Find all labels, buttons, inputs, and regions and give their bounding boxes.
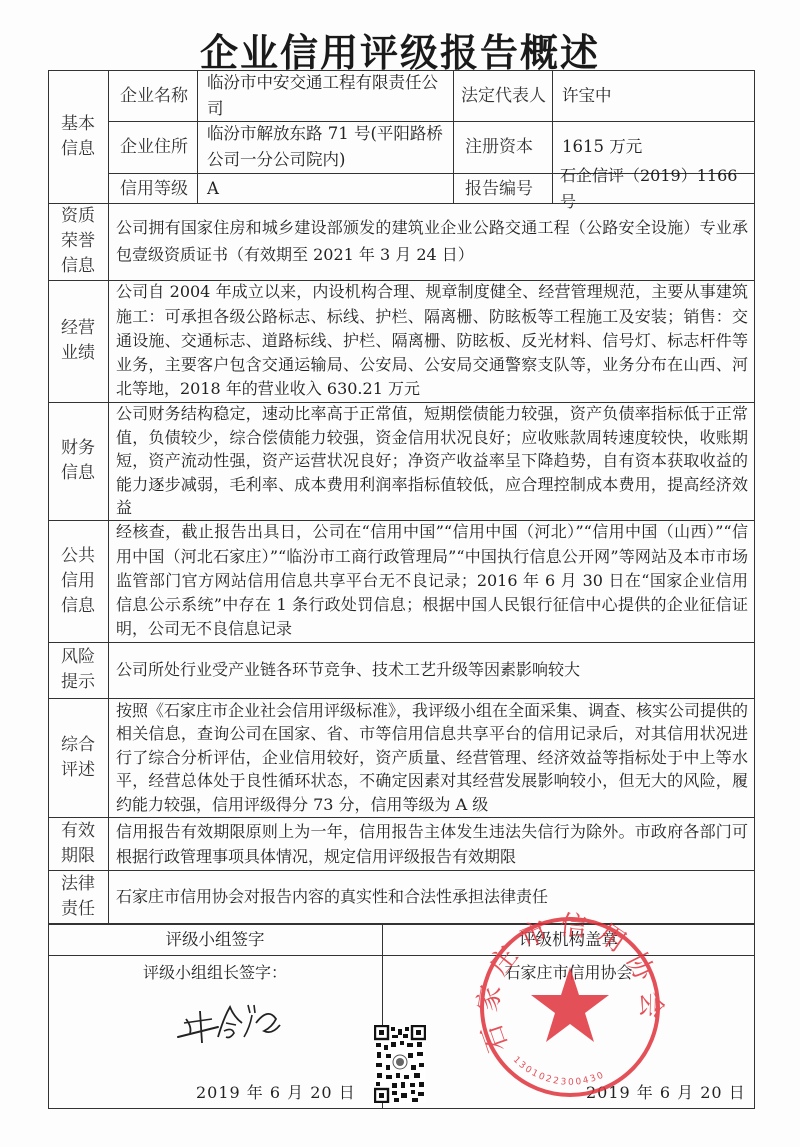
label-text: 综合评述 [60, 733, 96, 783]
section-label-risk-warning: 风险提示 [48, 642, 108, 698]
section-label-legal-liability: 法律责任 [48, 870, 108, 924]
label-text: 资质荣誉信息 [60, 204, 96, 279]
label-report-number: 报告编号 [453, 173, 552, 204]
label-text: 有效期限 [60, 819, 96, 869]
label-text: 法律责任 [60, 872, 96, 922]
label-text: 风险提示 [60, 645, 96, 695]
value-company-name: 临汾市中安交通工程有限责任公司 [197, 70, 453, 121]
section-label-qualification: 资质荣誉信息 [48, 203, 108, 280]
section-body-overall-assessment: 按照《石家庄市企业社会信用评级标准》，我评级小组在全面采集、调查、核实公司提供的… [116, 698, 748, 817]
section-body-business-performance: 公司自 2004 年成立以来，内设机构合理、规章制度健全、经营管理规范，主要从事… [116, 280, 748, 402]
value-company-address: 临汾市解放东路 71 号(平阳路桥公司一分公司院内) [197, 121, 453, 173]
label-credit-grade: 信用等级 [108, 173, 197, 204]
label-company-name: 企业名称 [108, 70, 197, 121]
section-body-public-credit: 经核查，截止报告出具日，公司在“信用中国”“信用中国（河北）”“信用中国（山西）… [116, 520, 748, 642]
team-leader-signature-prompt: 评级小组组长签字： [48, 960, 382, 986]
section-body-qualification: 公司拥有国家住房和城乡建设部颁发的建筑业企业公路交通工程（公路安全设施）专业承包… [116, 203, 748, 280]
value-legal-rep: 许宝中 [552, 70, 755, 121]
value-credit-grade: A [197, 173, 453, 204]
label-text: 公共信用信息 [60, 544, 96, 619]
star-icon [531, 967, 609, 1042]
official-seal-stamp: 石家庄市信用协会 1301022300430 [475, 912, 665, 1102]
section-body-financial-info: 公司财务结构稳定，速动比率高于正常值，短期偿债能力较强，资产负债率指标低于正常值… [116, 402, 748, 520]
section-label-business-performance: 经营业绩 [48, 280, 108, 402]
section-label-public-credit: 公共信用信息 [48, 520, 108, 642]
section-label-overall-assessment: 综合评述 [48, 698, 108, 817]
label-company-address: 企业住所 [108, 121, 197, 173]
label-text: 财务信息 [60, 436, 96, 486]
section-label-financial-info: 财务信息 [48, 402, 108, 520]
section-body-risk-warning: 公司所处行业受产业链各环节竞争、技术工艺升级等因素影响较大 [116, 642, 748, 698]
rating-team-signature-header: 评级小组签字 [48, 927, 382, 953]
label-registered-capital: 注册资本 [453, 121, 552, 173]
value-report-number: 石企信评（2019）1166 号 [552, 173, 755, 204]
rating-team-sign-date: 2019 年 6 月 20 日 [196, 1080, 356, 1103]
label-text: 经营业绩 [60, 316, 96, 366]
label-text: 基本信息 [60, 112, 96, 162]
qr-code[interactable] [374, 1025, 426, 1103]
section-body-validity: 信用报告有效期限原则上为一年，信用报告主体发生违法失信行为除外。市政府各部门可根… [116, 817, 748, 870]
section-label-validity: 有效期限 [48, 817, 108, 870]
label-legal-rep: 法定代表人 [453, 70, 552, 121]
section-label-basic-info: 基本信息 [48, 70, 108, 204]
handwritten-signature [172, 997, 292, 1047]
